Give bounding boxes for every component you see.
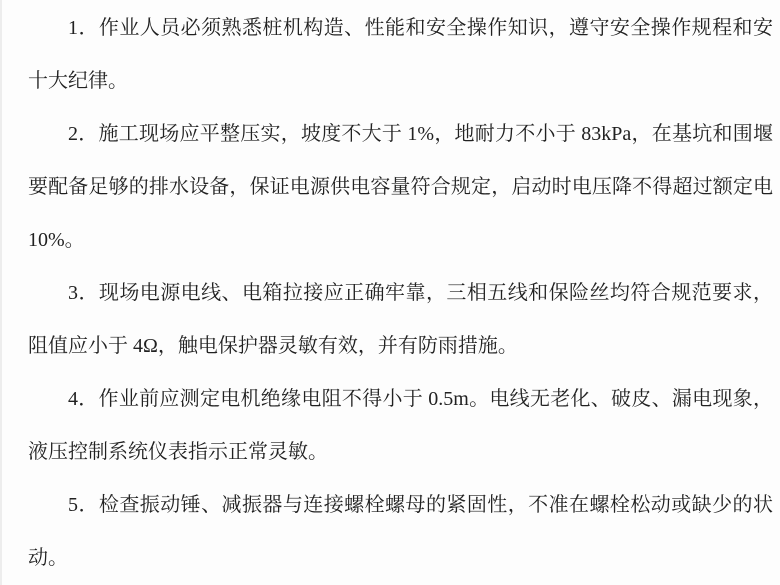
- paragraph-5-line-2: 动。: [28, 532, 773, 585]
- paragraph-2-line-3: 10%。: [28, 214, 773, 267]
- paragraph-2: 2．施工现场应平整压实，坡度不大于 1%，地耐力不小于 83kPa，在基坑和围堰…: [28, 108, 773, 267]
- document-page: 1．作业人员必须熟悉桩机构造、性能和安全操作知识，遵守安全操作规程和安全生产 十…: [0, 0, 780, 585]
- paragraph-1: 1．作业人员必须熟悉桩机构造、性能和安全操作知识，遵守安全操作规程和安全生产 十…: [28, 2, 773, 108]
- paragraph-3-line-1: 3．现场电源电线、电箱拉接应正确牢靠，三相五线和保险丝均符合规范要求，接地电: [28, 267, 773, 320]
- paragraph-4-line-1: 4．作业前应测定电机绝缘电阻不得小于 0.5m。电线无老化、破皮、漏电现象，电源…: [28, 373, 773, 426]
- paragraph-2-line-2: 要配备足够的排水设备，保证电源供电容量符合规定，启动时电压降不得超过额定电压的: [28, 161, 773, 214]
- paragraph-4-line-2: 液压控制系统仪表指示正常灵敏。: [28, 426, 773, 479]
- paragraph-1-line-1: 1．作业人员必须熟悉桩机构造、性能和安全操作知识，遵守安全操作规程和安全生产: [28, 2, 773, 55]
- paragraph-1-line-2: 十大纪律。: [28, 55, 773, 108]
- paragraph-2-line-1: 2．施工现场应平整压实，坡度不大于 1%，地耐力不小于 83kPa，在基坑和围堰…: [28, 108, 773, 161]
- paragraph-3: 3．现场电源电线、电箱拉接应正确牢靠，三相五线和保险丝均符合规范要求，接地电 阻…: [28, 267, 773, 373]
- paragraph-3-line-2: 阻值应小于 4Ω，触电保护器灵敏有效，并有防雨措施。: [28, 320, 773, 373]
- paragraph-5-line-1: 5．检查振动锤、减振器与连接螺栓螺母的紧固性，不准在螺栓松动或缺少的状态下启: [28, 479, 773, 532]
- paragraph-4: 4．作业前应测定电机绝缘电阻不得小于 0.5m。电线无老化、破皮、漏电现象，电源…: [28, 373, 773, 479]
- paragraph-5: 5．检查振动锤、减振器与连接螺栓螺母的紧固性，不准在螺栓松动或缺少的状态下启 动…: [28, 479, 773, 585]
